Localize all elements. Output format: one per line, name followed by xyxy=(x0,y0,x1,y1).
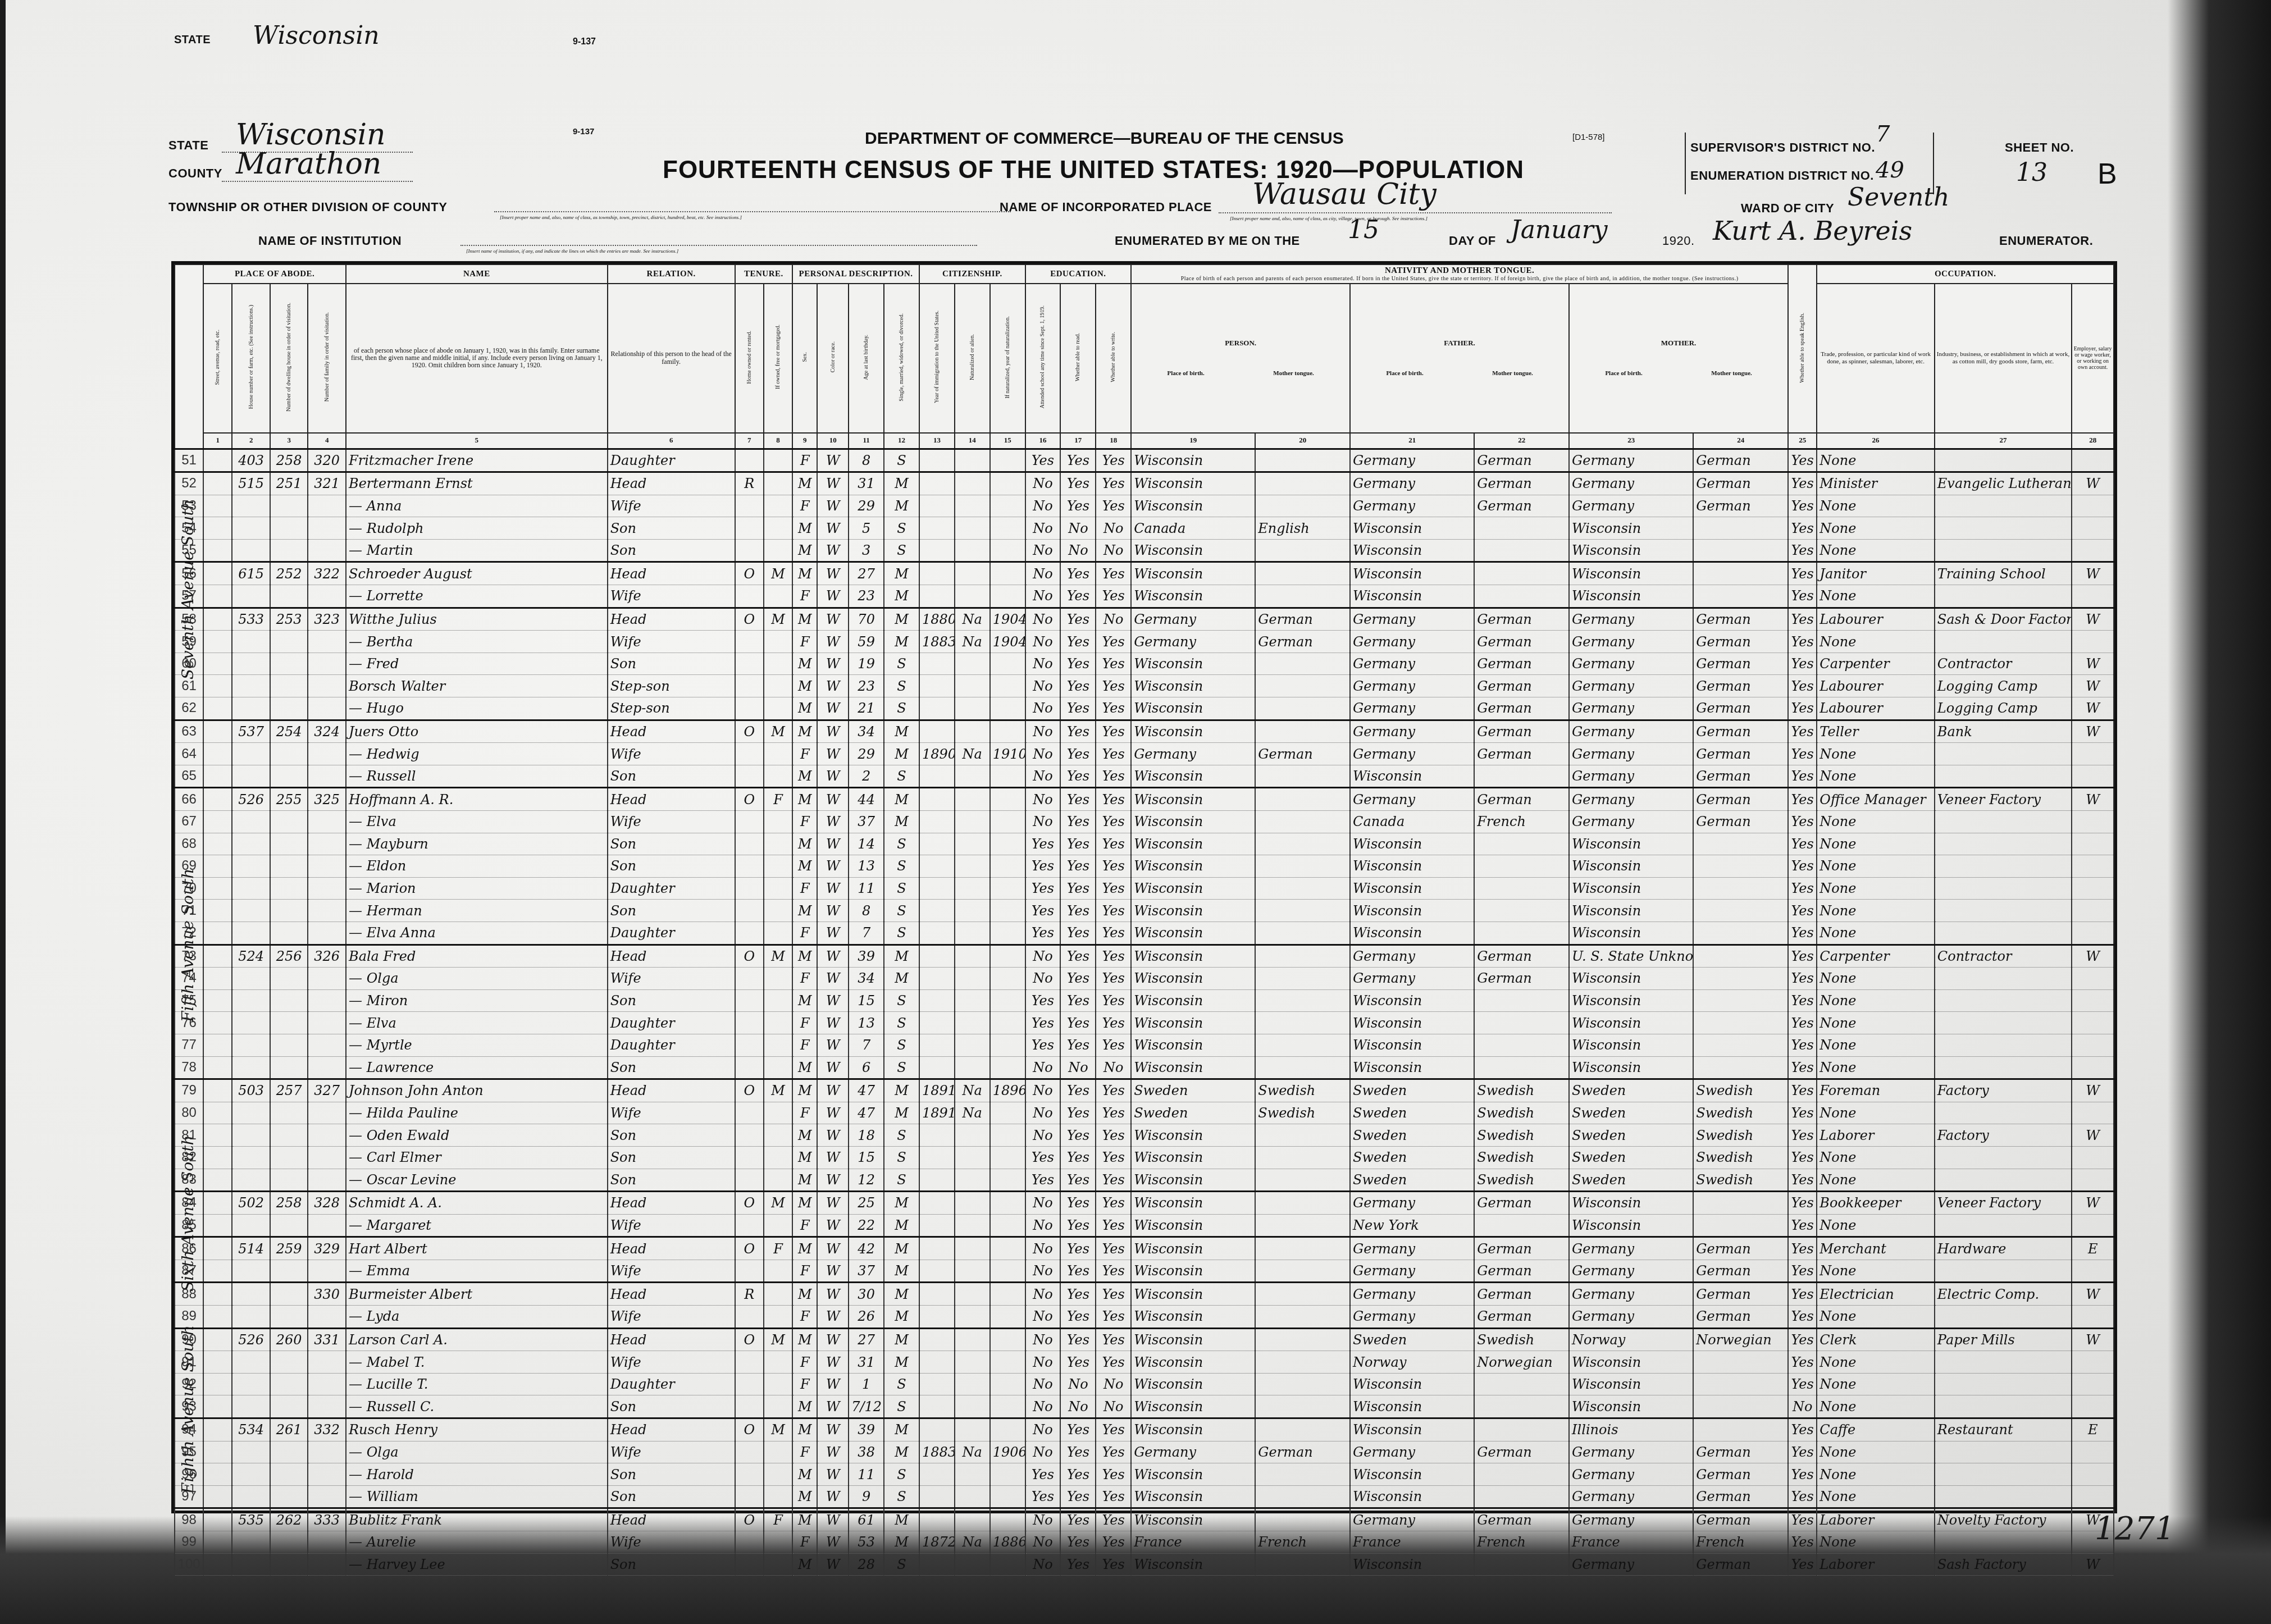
able-to-write: Yes xyxy=(1096,1214,1131,1237)
free-mortgaged xyxy=(764,1012,792,1034)
father-tongue xyxy=(1474,1463,1569,1486)
color-race: W xyxy=(817,1531,849,1554)
marital-status: M xyxy=(884,1351,919,1374)
line-number: 55 xyxy=(175,539,203,562)
line-number: 60 xyxy=(175,653,203,675)
marital-status: M xyxy=(884,1283,919,1306)
relation: Head xyxy=(608,720,735,743)
naturalized xyxy=(955,562,990,585)
speaks-english: Yes xyxy=(1788,811,1817,833)
occupation-industry: Veneer Factory xyxy=(1935,1192,2072,1215)
occupation-trade: None xyxy=(1817,922,1935,945)
home-owned xyxy=(735,449,764,472)
relation: Son xyxy=(608,1485,735,1508)
sex: M xyxy=(792,1485,817,1508)
able-to-read: Yes xyxy=(1060,945,1096,968)
table-row: 91— Mabel T.WifeFW31MNoYesYesWisconsinNo… xyxy=(175,1351,2114,1374)
mother-tongue xyxy=(1255,945,1350,968)
attended-school: Yes xyxy=(1025,1034,1061,1056)
occupation-industry: Logging Camp xyxy=(1935,675,2072,697)
sex: M xyxy=(792,517,817,540)
relation: Son xyxy=(608,1056,735,1079)
speaks-english: Yes xyxy=(1788,720,1817,743)
color-race: W xyxy=(817,989,849,1012)
mother-tongue-of-mother: German xyxy=(1693,1441,1788,1463)
enumerator-name: Kurt A. Beyreis xyxy=(1713,216,1912,246)
mother-tongue xyxy=(1255,765,1350,788)
occupation-trade: None xyxy=(1817,1351,1935,1374)
mother-birthplace: Wisconsin xyxy=(1569,539,1693,562)
attended-school: No xyxy=(1025,765,1061,788)
immigration-year xyxy=(919,585,955,608)
able-to-read: Yes xyxy=(1060,653,1096,675)
naturalization-year xyxy=(990,472,1025,495)
line-number: 89 xyxy=(175,1306,203,1329)
line-number-header xyxy=(175,264,203,449)
occupation-industry xyxy=(1935,449,2072,472)
relation: Head xyxy=(608,562,735,585)
father-tongue xyxy=(1474,1485,1569,1508)
relation: Head xyxy=(608,1508,735,1531)
column-number: 1 xyxy=(203,433,232,449)
table-row: 57— LorretteWifeFW23MNoYesYesWisconsinWi… xyxy=(175,585,2114,608)
father-tongue: German xyxy=(1474,449,1569,472)
family-number: 330 xyxy=(308,1283,346,1306)
dwelling-number: 262 xyxy=(270,1508,308,1531)
free-mortgaged xyxy=(764,1531,792,1554)
state-top-value: Wisconsin xyxy=(253,21,380,50)
dwelling-number: 254 xyxy=(270,720,308,743)
father-tongue xyxy=(1474,877,1569,900)
age: 34 xyxy=(849,968,884,990)
line-number: 99 xyxy=(175,1531,203,1554)
immigration-year xyxy=(919,788,955,811)
attended-school: No xyxy=(1025,675,1061,697)
class-of-worker xyxy=(2072,1056,2114,1079)
mother-tongue xyxy=(1255,1283,1350,1306)
immigration-year xyxy=(919,1056,955,1079)
dwelling-number: 260 xyxy=(270,1328,308,1351)
house-number xyxy=(232,922,270,945)
class-of-worker xyxy=(2072,585,2114,608)
column-number: 27 xyxy=(1935,433,2072,449)
mother-birthplace: Germany xyxy=(1569,608,1693,631)
age: 29 xyxy=(849,743,884,765)
class-of-worker xyxy=(2072,968,2114,990)
table-row: 82— Carl ElmerSonMW15SYesYesYesWisconsin… xyxy=(175,1146,2114,1169)
relation: Wife xyxy=(608,1260,735,1283)
relation: Step-son xyxy=(608,675,735,697)
father-birthplace: Germany xyxy=(1350,743,1474,765)
home-owned xyxy=(735,1553,764,1576)
mother-tongue-of-mother: German xyxy=(1693,1237,1788,1260)
column-number: 10 xyxy=(817,433,849,449)
family-number xyxy=(308,1306,346,1329)
sex: M xyxy=(792,788,817,811)
able-to-read: Yes xyxy=(1060,922,1096,945)
able-to-write: Yes xyxy=(1096,1418,1131,1441)
mother-birthplace: Germany xyxy=(1569,1283,1693,1306)
mother-tongue-of-mother xyxy=(1693,877,1788,900)
mother-tongue-of-mother xyxy=(1693,968,1788,990)
father-tongue: German xyxy=(1474,472,1569,495)
naturalization-year xyxy=(990,1463,1025,1486)
immigration-year xyxy=(919,855,955,878)
family-number xyxy=(308,1124,346,1147)
street-cell xyxy=(203,1463,232,1486)
marital-status: M xyxy=(884,1418,919,1441)
house-number xyxy=(232,968,270,990)
naturalization-year xyxy=(990,1485,1025,1508)
occupation-industry xyxy=(1935,495,2072,517)
dwelling-number xyxy=(270,697,308,720)
color-race: W xyxy=(817,585,849,608)
incorporated-place-label: NAME OF INCORPORATED PLACE xyxy=(1000,200,1212,215)
occupation-industry xyxy=(1935,968,2072,990)
free-mortgaged: F xyxy=(764,1508,792,1531)
naturalized xyxy=(955,1418,990,1441)
column-number: 2 xyxy=(232,433,270,449)
able-to-write: Yes xyxy=(1096,1485,1131,1508)
supervisor-district-label: SUPERVISOR'S DISTRICT NO. xyxy=(1690,140,1875,155)
able-to-write: Yes xyxy=(1096,720,1131,743)
age: 8 xyxy=(849,449,884,472)
free-mortgaged xyxy=(764,1485,792,1508)
column-number: 22 xyxy=(1474,433,1569,449)
marital-status: M xyxy=(884,608,919,631)
family-number xyxy=(308,765,346,788)
marital-status: M xyxy=(884,968,919,990)
house-number xyxy=(232,653,270,675)
occupation-industry: Restaurant xyxy=(1935,1418,2072,1441)
mother-tongue: German xyxy=(1255,1441,1350,1463)
mother-tongue-of-mother: German xyxy=(1693,495,1788,517)
mother-birthplace: Germany xyxy=(1569,697,1693,720)
birthplace: Wisconsin xyxy=(1131,922,1255,945)
father-birthplace: Germany xyxy=(1350,608,1474,631)
attended-school: No xyxy=(1025,631,1061,653)
occupation-trade: Laborer xyxy=(1817,1124,1935,1147)
table-row: 87— EmmaWifeFW37MNoYesYesWisconsinGerman… xyxy=(175,1260,2114,1283)
attended-school: Yes xyxy=(1025,1169,1061,1192)
father-birthplace: Wisconsin xyxy=(1350,585,1474,608)
street-cell xyxy=(203,608,232,631)
immigration-year xyxy=(919,653,955,675)
table-row: 63537254324Juers OttoHeadOMMW34MNoYesYes… xyxy=(175,720,2114,743)
family-number xyxy=(308,585,346,608)
speaks-english: Yes xyxy=(1788,1418,1817,1441)
sex: F xyxy=(792,1441,817,1463)
naturalization-year xyxy=(990,1146,1025,1169)
house-number xyxy=(232,1124,270,1147)
speaks-english: Yes xyxy=(1788,877,1817,900)
naturalized xyxy=(955,945,990,968)
marital-status: S xyxy=(884,675,919,697)
able-to-write: Yes xyxy=(1096,495,1131,517)
person-name: — Martin xyxy=(346,539,608,562)
sex: M xyxy=(792,539,817,562)
occupation-trade: None xyxy=(1817,495,1935,517)
able-to-write: Yes xyxy=(1096,811,1131,833)
attended-school: No xyxy=(1025,968,1061,990)
mother-tongue xyxy=(1255,922,1350,945)
sex: F xyxy=(792,449,817,472)
mother-tongue xyxy=(1255,1034,1350,1056)
able-to-write: Yes xyxy=(1096,743,1131,765)
mother-birthplace: Germany xyxy=(1569,1463,1693,1486)
home-owned: O xyxy=(735,1192,764,1215)
father-birthplace: Wisconsin xyxy=(1350,1395,1474,1418)
house-number xyxy=(232,1485,270,1508)
mother-birthplace: Germany xyxy=(1569,811,1693,833)
line-number: 74 xyxy=(175,968,203,990)
table-row: 60— FredSonMW19SNoYesYesWisconsinGermany… xyxy=(175,653,2114,675)
sex: M xyxy=(792,720,817,743)
family-number xyxy=(308,1395,346,1418)
father-tongue: German xyxy=(1474,945,1569,968)
family-number: 332 xyxy=(308,1418,346,1441)
person-name: Larson Carl A. xyxy=(346,1328,608,1351)
birthplace: Wisconsin xyxy=(1131,1553,1255,1576)
family-number: 329 xyxy=(308,1237,346,1260)
age: 7 xyxy=(849,1034,884,1056)
house-number xyxy=(232,989,270,1012)
attended-school: No xyxy=(1025,517,1061,540)
age: 6 xyxy=(849,1056,884,1079)
father-tongue: German xyxy=(1474,1192,1569,1215)
age: 22 xyxy=(849,1214,884,1237)
age: 39 xyxy=(849,945,884,968)
line-number: 63 xyxy=(175,720,203,743)
class-of-worker xyxy=(2072,495,2114,517)
marital-status: S xyxy=(884,1124,919,1147)
color-race: W xyxy=(817,495,849,517)
house-number: 524 xyxy=(232,945,270,968)
birthplace: Germany xyxy=(1131,608,1255,631)
occupation-industry xyxy=(1935,1395,2072,1418)
attended-school: No xyxy=(1025,743,1061,765)
marital-status: S xyxy=(884,1056,919,1079)
father-birthplace: Germany xyxy=(1350,945,1474,968)
dwelling-number xyxy=(270,1169,308,1192)
father-birthplace: Wisconsin xyxy=(1350,922,1474,945)
speaks-english: Yes xyxy=(1788,900,1817,922)
free-mortgaged xyxy=(764,1463,792,1486)
class-of-worker xyxy=(2072,1214,2114,1237)
mother-birthplace: Germany xyxy=(1569,743,1693,765)
dwelling-number xyxy=(270,1260,308,1283)
dwelling-header: Number of dwelling house in order of vis… xyxy=(286,303,292,412)
relation-description: Relationship of this person to the head … xyxy=(608,284,735,433)
dwelling-number xyxy=(270,585,308,608)
occupation-trade: None xyxy=(1817,811,1935,833)
family-number xyxy=(308,1553,346,1576)
house-number xyxy=(232,1373,270,1395)
dwelling-number xyxy=(270,922,308,945)
attended-school: No xyxy=(1025,1351,1061,1374)
sex: F xyxy=(792,1373,817,1395)
occupation-trade: Carpenter xyxy=(1817,653,1935,675)
dwelling-number xyxy=(270,1214,308,1237)
occupation-industry xyxy=(1935,517,2072,540)
naturalization-year xyxy=(990,765,1025,788)
mother-tongue: French xyxy=(1255,1531,1350,1554)
mother-birthplace: Germany xyxy=(1569,1485,1693,1508)
house-number xyxy=(232,1146,270,1169)
mother-tongue-of-mother: German xyxy=(1693,1260,1788,1283)
line-number: 77 xyxy=(175,1034,203,1056)
speaks-english: Yes xyxy=(1788,562,1817,585)
father-tongue: German xyxy=(1474,675,1569,697)
color-race: W xyxy=(817,697,849,720)
person-name: — Mabel T. xyxy=(346,1351,608,1374)
birthplace: Wisconsin xyxy=(1131,1056,1255,1079)
speaks-english: Yes xyxy=(1788,1508,1817,1531)
attended-school: No xyxy=(1025,495,1061,517)
immigration-year xyxy=(919,1237,955,1260)
father-birthplace: Wisconsin xyxy=(1350,855,1474,878)
dwelling-number xyxy=(270,675,308,697)
free-mortgaged xyxy=(764,968,792,990)
speaks-english: Yes xyxy=(1788,1485,1817,1508)
naturalized xyxy=(955,1373,990,1395)
sex: M xyxy=(792,833,817,855)
color-race: W xyxy=(817,900,849,922)
marital-status: M xyxy=(884,743,919,765)
street-cell xyxy=(203,1192,232,1215)
age: 2 xyxy=(849,765,884,788)
class-of-worker xyxy=(2072,1034,2114,1056)
naturalized: Na xyxy=(955,1102,990,1124)
column-number: 21 xyxy=(1350,433,1474,449)
person-name: — Elva xyxy=(346,811,608,833)
family-number xyxy=(308,833,346,855)
family-number xyxy=(308,1214,346,1237)
occupation-industry xyxy=(1935,585,2072,608)
occupation-industry: Contractor xyxy=(1935,945,2072,968)
naturalized: Na xyxy=(955,743,990,765)
person-name: Bala Fred xyxy=(346,945,608,968)
able-to-read: Yes xyxy=(1060,1553,1096,1576)
column-number: 6 xyxy=(608,433,735,449)
birthplace: Sweden xyxy=(1131,1102,1255,1124)
immigration-year xyxy=(919,1395,955,1418)
birthplace: Wisconsin xyxy=(1131,472,1255,495)
able-to-write: Yes xyxy=(1096,1508,1131,1531)
mother-birthplace: Wisconsin xyxy=(1569,989,1693,1012)
table-row: 65— RussellSonMW2SNoYesYesWisconsinWisco… xyxy=(175,765,2114,788)
birthplace: Wisconsin xyxy=(1131,675,1255,697)
table-row: 58533253323Witthe JuliusHeadOMMW70M1880N… xyxy=(175,608,2114,631)
mother-tongue: German xyxy=(1255,743,1350,765)
naturalization-year xyxy=(990,1373,1025,1395)
table-row: 90526260331Larson Carl A.HeadOMMW27MNoYe… xyxy=(175,1328,2114,1351)
age: 47 xyxy=(849,1102,884,1124)
able-to-write: Yes xyxy=(1096,833,1131,855)
naturalization-year xyxy=(990,1102,1025,1124)
person-name: Hart Albert xyxy=(346,1237,608,1260)
attended-school: No xyxy=(1025,1192,1061,1215)
able-to-read: Yes xyxy=(1060,1418,1096,1441)
birthplace: Wisconsin xyxy=(1131,653,1255,675)
mother-birthplace: Wisconsin xyxy=(1569,900,1693,922)
mother-birthplace: Sweden xyxy=(1569,1124,1693,1147)
naturalized xyxy=(955,855,990,878)
line-number: 67 xyxy=(175,811,203,833)
age: 26 xyxy=(849,1306,884,1329)
census-table: PLACE OF ABODE. NAME RELATION. TENURE. P… xyxy=(174,264,2114,1576)
occupation-industry xyxy=(1935,1102,2072,1124)
person-name: — Oscar Levine xyxy=(346,1169,608,1192)
incorporated-place-hint: [Insert proper name and, also, name of c… xyxy=(1230,216,1428,221)
mother-tongue-of-mother xyxy=(1693,922,1788,945)
naturalization-year xyxy=(990,449,1025,472)
able-to-write: Yes xyxy=(1096,653,1131,675)
dwelling-number xyxy=(270,743,308,765)
header-english: Whether able to speak English. xyxy=(1788,264,1817,433)
person-name: — Hugo xyxy=(346,697,608,720)
dwelling-number xyxy=(270,811,308,833)
marital-status: S xyxy=(884,517,919,540)
person-name: Schroeder August xyxy=(346,562,608,585)
naturalization-year xyxy=(990,1508,1025,1531)
dwelling-number xyxy=(270,539,308,562)
table-row: 84502258328Schmidt A. A.HeadOMMW25MNoYes… xyxy=(175,1192,2114,1215)
mother-tongue-of-mother xyxy=(1693,1351,1788,1374)
father-birthplace: Germany xyxy=(1350,472,1474,495)
attended-school: Yes xyxy=(1025,1463,1061,1486)
street-cell xyxy=(203,449,232,472)
able-to-write: No xyxy=(1096,1373,1131,1395)
name-description: of each person whose place of abode on J… xyxy=(346,284,608,433)
home-owned xyxy=(735,653,764,675)
house-number xyxy=(232,517,270,540)
street-cell xyxy=(203,495,232,517)
immigration-year xyxy=(919,1283,955,1306)
mother-tongue-of-mother: German xyxy=(1693,653,1788,675)
attended-school: No xyxy=(1025,788,1061,811)
mother-tongue-of-mother: German xyxy=(1693,1553,1788,1576)
speaks-english: Yes xyxy=(1788,675,1817,697)
street-cell xyxy=(203,631,232,653)
able-to-read: Yes xyxy=(1060,1328,1096,1351)
table-row: 85— MargaretWifeFW22MNoYesYesWisconsinNe… xyxy=(175,1214,2114,1237)
family-number xyxy=(308,877,346,900)
sex: F xyxy=(792,1034,817,1056)
dwelling-number xyxy=(270,855,308,878)
house-number-header: House number or farm, etc. (See instruct… xyxy=(248,305,254,409)
father-birthplace: Germany xyxy=(1350,1192,1474,1215)
able-to-read: No xyxy=(1060,1395,1096,1418)
dwelling-number: 259 xyxy=(270,1237,308,1260)
street-cell xyxy=(203,1056,232,1079)
house-number xyxy=(232,1463,270,1486)
street-cell xyxy=(203,1508,232,1531)
street-cell xyxy=(203,653,232,675)
column-number: 23 xyxy=(1569,433,1693,449)
relation: Son xyxy=(608,1553,735,1576)
free-mortgaged xyxy=(764,1034,792,1056)
home-owned xyxy=(735,1034,764,1056)
person-name: Schmidt A. A. xyxy=(346,1192,608,1215)
birthplace: Wisconsin xyxy=(1131,697,1255,720)
line-number: 73 xyxy=(175,945,203,968)
header-place-of-abode: PLACE OF ABODE. xyxy=(203,264,346,284)
class-of-worker xyxy=(2072,989,2114,1012)
speaks-english: Yes xyxy=(1788,1214,1817,1237)
speaks-english: Yes xyxy=(1788,517,1817,540)
naturalized: Na xyxy=(955,1441,990,1463)
